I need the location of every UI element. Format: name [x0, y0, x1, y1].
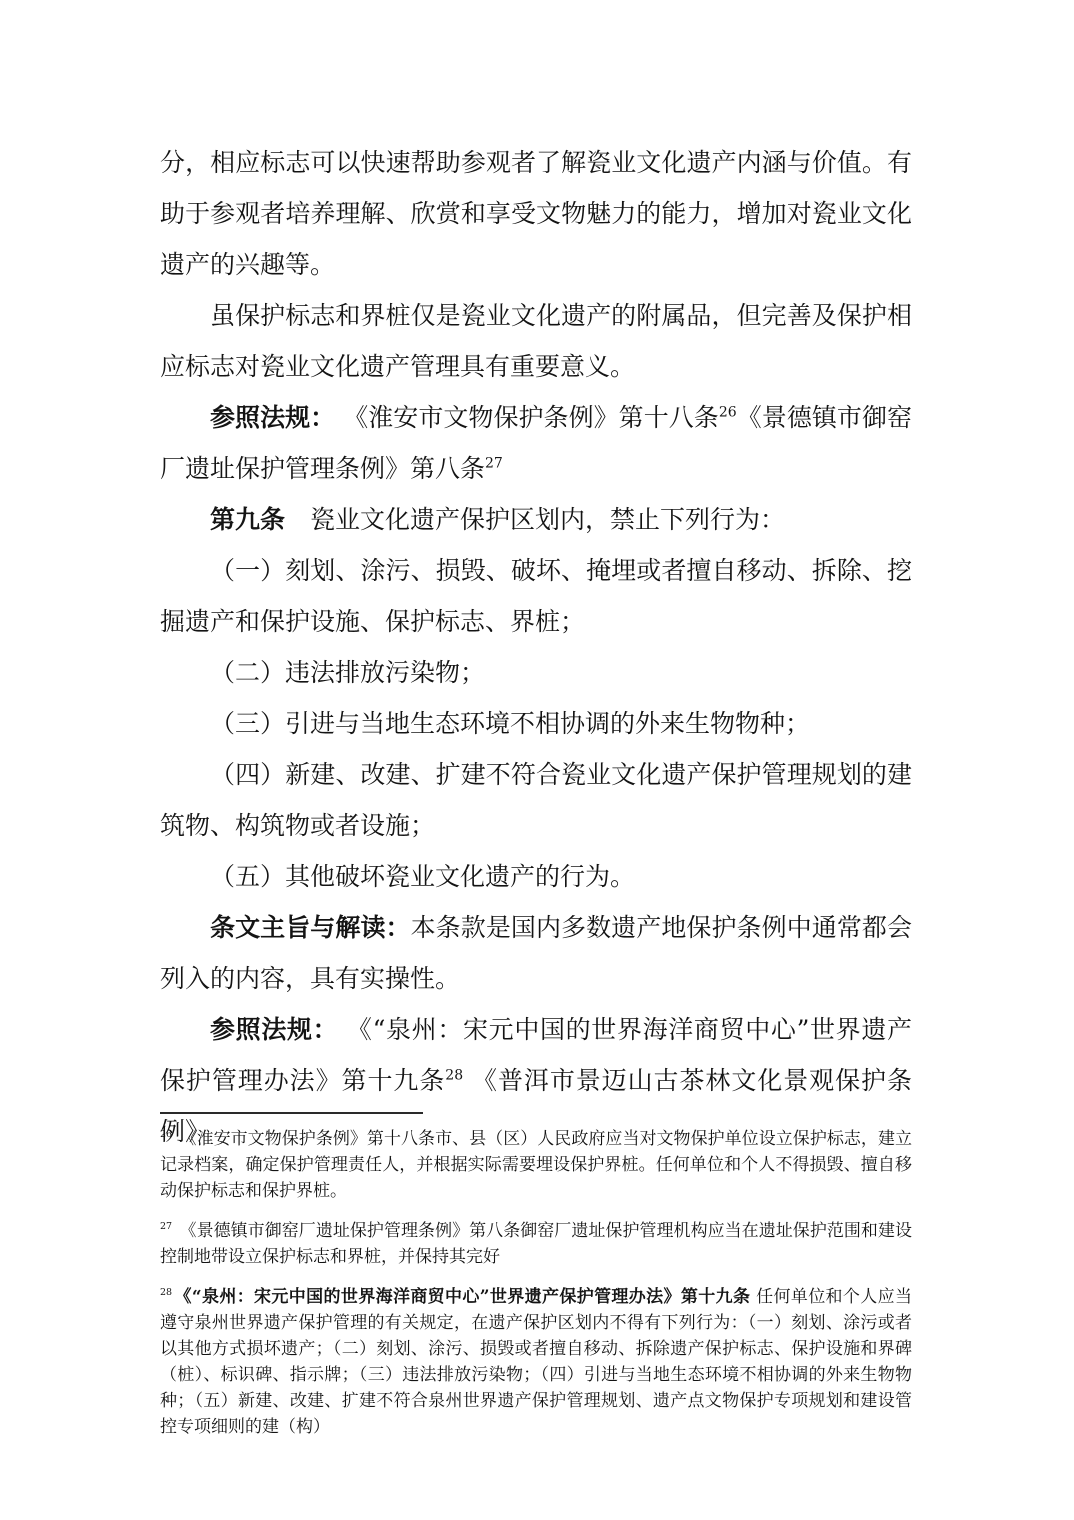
text-run: （五）其他破坏瓷业文化遗产的行为。	[210, 862, 635, 891]
text-run: 瓷业文化遗产保护区划内，禁止下列行为：	[285, 505, 785, 534]
para-item-2: （二）违法排放污染物；	[160, 647, 912, 698]
text-run: 任何单位和个人应当遵守泉州世界遗产保护管理的有关规定，在遗产保护区划内不得有下列…	[160, 1287, 912, 1437]
text-run: （四）新建、改建、扩建不符合瓷业文化遗产保护管理规划的建筑物、构筑物或者设施；	[160, 760, 912, 840]
text-run: （三）引进与当地生态环境不相协调的外来生物物种；	[210, 709, 810, 738]
text-run: 虽保护标志和界桩仅是瓷业文化遗产的附属品，但完善及保护相应标志对瓷业文化遗产管理…	[160, 301, 912, 381]
text-run: 《景德镇市御窑厂遗址保护管理条例》第八条御窑厂遗址保护管理机构应当在遗址保护范围…	[160, 1221, 912, 1267]
text-run: （二）违法排放污染物；	[210, 658, 485, 687]
footnote-ref: 26	[719, 405, 737, 421]
footnote-list: 26 《淮安市文物保护条例》第十八条市、县（区）人民政府应当对文物保护单位设立保…	[160, 1126, 912, 1440]
para-interpretation: 条文主旨与解读：本条款是国内多数遗产地保护条例中通常都会列入的内容，具有实操性。	[160, 902, 912, 1004]
text-run: 《淮安市文物保护条例》第十八条	[335, 403, 719, 432]
footnote-separator	[160, 1112, 423, 1114]
para-item-1: （一）刻划、涂污、损毁、破坏、掩埋或者擅自移动、拆除、挖掘遗产和保护设施、保护标…	[160, 545, 912, 647]
footnote-number: 28	[160, 1287, 172, 1298]
footnotes-section: 26 《淮安市文物保护条例》第十八条市、县（区）人民政府应当对文物保护单位设立保…	[160, 1112, 912, 1454]
para-item-5: （五）其他破坏瓷业文化遗产的行为。	[160, 851, 912, 902]
document-page: 分，相应标志可以快速帮助参观者了解瓷业文化遗产内涵与价值。有助于参观者培养理解、…	[0, 0, 1074, 1520]
text-run: 参照法规：	[210, 403, 335, 432]
text-run: 《淮安市文物保护条例》第十八条市、县（区）人民政府应当对文物保护单位设立保护标志…	[160, 1129, 912, 1201]
para-signage-value-continued: 分，相应标志可以快速帮助参观者了解瓷业文化遗产内涵与价值。有助于参观者培养理解、…	[160, 137, 912, 290]
document-body: 分，相应标志可以快速帮助参观者了解瓷业文化遗产内涵与价值。有助于参观者培养理解、…	[160, 137, 912, 1157]
footnote-27: 27 《景德镇市御窑厂遗址保护管理条例》第八条御窑厂遗址保护管理机构应当在遗址保…	[160, 1218, 912, 1270]
para-signage-significance: 虽保护标志和界桩仅是瓷业文化遗产的附属品，但完善及保护相应标志对瓷业文化遗产管理…	[160, 290, 912, 392]
footnote-28: 28《“泉州：宋元中国的世界海洋商贸中心”世界遗产保护管理办法》第十九条 任何单…	[160, 1284, 912, 1440]
text-run: 分，相应标志可以快速帮助参观者了解瓷业文化遗产内涵与价值。有助于参观者培养理解、…	[160, 148, 912, 279]
footnote-ref: 28	[445, 1068, 463, 1084]
footnote-26: 26 《淮安市文物保护条例》第十八条市、县（区）人民政府应当对文物保护单位设立保…	[160, 1126, 912, 1204]
text-run: 参照法规：	[210, 1015, 338, 1044]
footnote-number: 26	[160, 1129, 172, 1140]
footnote-number: 27	[160, 1221, 172, 1232]
text-run: （一）刻划、涂污、损毁、破坏、掩埋或者擅自移动、拆除、挖掘遗产和保护设施、保护标…	[160, 556, 912, 636]
text-run: 《“泉州：宋元中国的世界海洋商贸中心”世界遗产保护管理办法》第十九条	[174, 1287, 750, 1307]
footnote-ref: 27	[485, 456, 503, 472]
text-run: 条文主旨与解读：	[210, 913, 411, 942]
para-article-9-heading: 第九条 瓷业文化遗产保护区划内，禁止下列行为：	[160, 494, 912, 545]
para-item-4: （四）新建、改建、扩建不符合瓷业文化遗产保护管理规划的建筑物、构筑物或者设施；	[160, 749, 912, 851]
para-item-3: （三）引进与当地生态环境不相协调的外来生物物种；	[160, 698, 912, 749]
text-run: 第九条	[210, 505, 285, 534]
para-reference-laws-1: 参照法规： 《淮安市文物保护条例》第十八条26《景德镇市御窑厂遗址保护管理条例》…	[160, 392, 912, 494]
